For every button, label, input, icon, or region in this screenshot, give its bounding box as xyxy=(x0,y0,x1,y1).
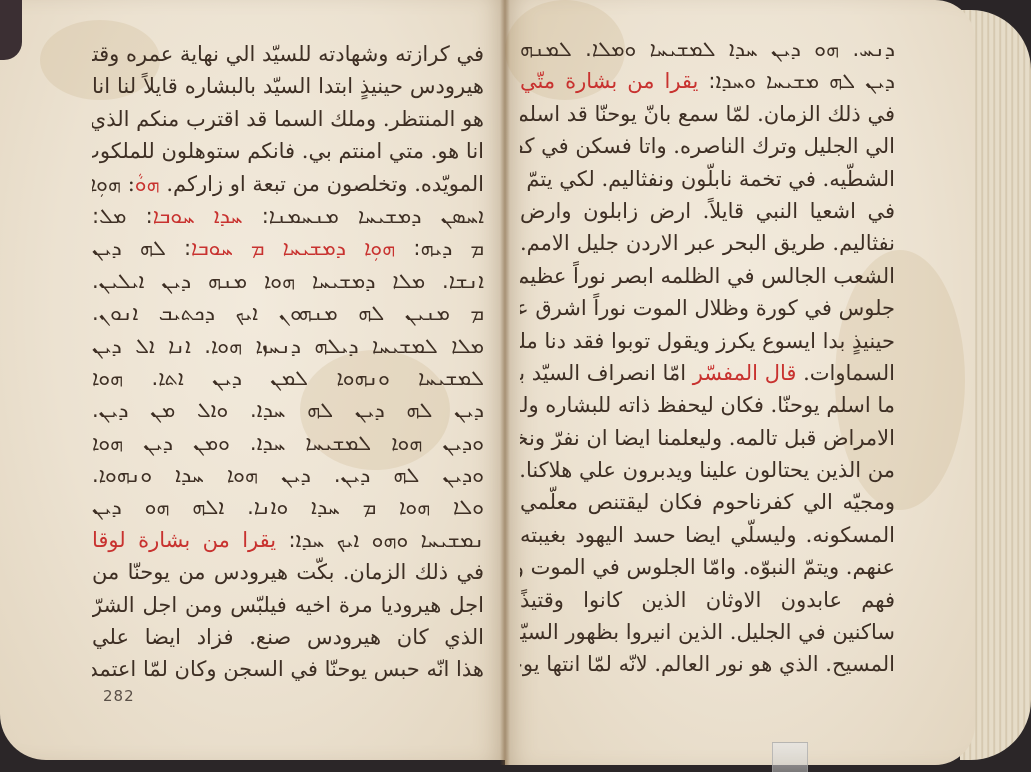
text-line: ܕܢܚ. ܗܘ ܕܝܢ ܚܕܐ ܠܡܫܝܚܐ ܘܡܠܐ. ܠܡܢܗ xyxy=(520,33,895,65)
rubric-segment: ܗܘܼܐ ܕܡܫܝܚܐ ܡ ܚܘܒܐ xyxy=(191,236,395,260)
text-line: ܡ ܡܢܝܢ ܠܗ ܡܢܗܘܢ ܐܝܟ ܕܟܬܝܒ ܐܢܘܢ. xyxy=(92,297,484,329)
text-line: نفثاليم. طريق البحر عبر الاردن جليل الام… xyxy=(520,227,895,259)
right-page-text: ܕܢܚ. ܗܘ ܕܝܢ ܚܕܐ ܠܡܫܝܚܐ ܘܡܠܐ. ܠܡܢܗ ܕܝܢ ܠܗ… xyxy=(520,33,895,681)
binding-corner xyxy=(0,0,22,60)
gutter xyxy=(500,0,510,765)
text-line: ما اسلم يوحنّا. فكان ليحفظ ذاته للبشاره … xyxy=(520,389,895,421)
rubric-segment: ܗܘܵ xyxy=(135,172,160,196)
rubric-heading-line: ܢܡܫܝܚܐ ܘܗܘ ܐܝܟ ܚܕܐ: يقرا من بشارة لوقا xyxy=(92,524,484,556)
text-line: المسيح. الذي هو نور العالم. لانّه لمّا ا… xyxy=(520,648,895,680)
text-line: هو المنتظر. وملك السما قد اقترب منكم الذ… xyxy=(92,103,484,135)
text-line: الذي كان هيرودس صنع. فزاد ايضا علي xyxy=(92,621,484,653)
text-line: ܕܝܢ ܠܗ ܕܝܢ ܠܗ ܚܕܐ. ܘܐܠ ܡܢ ܕܝܢ. xyxy=(92,394,484,426)
text-line: في كرازته وشهادته للسيّد الي نهاية عمره … xyxy=(92,38,484,70)
text-line: ساكنين في الجليل. الذين انيروا بظهور الس… xyxy=(520,616,895,648)
rubric-heading-line: ܕܝܢ ܠܗ ܡܫܝܚܐ ܘܚܕܐ: يقرا من بشارة متّي xyxy=(520,65,895,97)
text-line: ܐܚܣܢ ܕܡܫܝܚܐ ܡܢܚܡܢܐ: ܚܕܐ ܚܘܒܐ: ܡܠ: xyxy=(92,200,484,232)
rubric-heading: يقرا من بشارة لوقا xyxy=(92,528,276,552)
text-line: الشعب الجالس في الظلمه ابصر نوراً عظيماً… xyxy=(520,260,895,292)
text-line: حينيذٍ بدا ايسوع يكرز ويقول توبوا فقد دن… xyxy=(520,325,895,357)
text-line: في اشعيا النبي قايلاً. ارض زابلون وارض xyxy=(520,195,895,227)
text-line: المسكونه. وليسلّي ايضا حسد اليهود بغيبته xyxy=(520,519,895,551)
text-segment: ܢܡܫܝܚܐ ܘܗܘ ܐܝܟ ܚܕܐ: xyxy=(276,528,484,552)
text-line: الي الجليل وترك الناصره. واتا فسكن في كف… xyxy=(520,130,895,162)
text-line: المويّده. وتخلصون من تبعة او زاركم. ܗܘܵ:… xyxy=(92,168,484,200)
text-line: السماوات. قال المفسّر امّا انصراف السيّد… xyxy=(520,357,895,389)
text-line: ܘܕܝܢ ܠܗ ܕܝܢ. ܕܝܢ ܗܘܐ ܚܕܐ ܘܢܗܘܐ. xyxy=(92,459,484,491)
manuscript-spread: في كرازته وشهادته للسيّد الي نهاية عمره … xyxy=(0,0,1031,772)
text-line: ܘܕܝܢ ܗܘܐ ܠܡܫܝܚܐ ܚܕܐ. ܘܡܢ ܕܝܢ ܗܘܐ xyxy=(92,427,484,459)
page-clip xyxy=(772,742,808,772)
text-segment: ܕܝܢ ܠܗ ܡܫܝܚܐ ܘܚܕܐ: xyxy=(698,69,895,93)
text-line: فهم عابدون الاوثان الذين كانوا وقتيذً xyxy=(520,584,895,616)
folio-number: 282 xyxy=(103,687,135,705)
rubric-segment: ܚܕܐ ܚܘܒܐ xyxy=(153,204,243,228)
text-line: الامراض قبل تالمه. وليعلمنا ايضا ان نفرّ… xyxy=(520,422,895,454)
text-line: عنهم. ويتمّ النبوّه. وامّا الجلوس في الم… xyxy=(520,551,895,583)
text-line: هيرودس حينيذٍ ابتدا السيّد بالبشاره قايل… xyxy=(92,70,484,102)
text-line: من الذين يحتالون علينا ويدبرون علي هلاكن… xyxy=(520,454,895,486)
text-line: ܘܠܐ ܗܘܐ ܡ ܚܕܐ ܘܐܢܐ. ܐܠܗ ܗܘ ܕܝܢ xyxy=(92,491,484,523)
text-line: ܡ ܕܝܗ: ܗܘܼܐ ܕܡܫܝܚܐ ܡ ܚܘܒܐ: ܠܗ ܕܝܢ xyxy=(92,232,484,264)
left-page-text: في كرازته وشهادته للسيّد الي نهاية عمره … xyxy=(92,38,484,686)
text-line: الشطّيه. في تخمة نابلّون ونفثاليم. لكي ي… xyxy=(520,163,895,195)
text-line: اجل هيروديا مرة اخيه فيلبّس ومن اجل الشر… xyxy=(92,589,484,621)
text-line: ܠܡܫܝܚܐ ܘܢܗܘܐ ܠܡܢ ܕܝܢ ܐܬܐ. ܗܘܐ xyxy=(92,362,484,394)
text-line: في ذلك الزمان. بكّت هيرودس من يوحنّا من xyxy=(92,556,484,588)
text-line: انا هو. متي امنتم بي. فانكم ستوهلون للمل… xyxy=(92,135,484,167)
text-line: ܡܠܐ ܠܡܫܝܚܐ ܕܝܠܗ ܕܢܚܙܐ ܗܘܐ. ܐܢܐ ܐܠ ܕܝܢ xyxy=(92,330,484,362)
text-line: هذا انّه حبس يوحنّا في السجن وكان لمّا ا… xyxy=(92,653,484,685)
rubric-segment: قال المفسّر xyxy=(693,361,797,385)
rubric-heading: يقرا من بشارة متّي xyxy=(520,69,698,93)
text-line: في ذلك الزمان. لمّا سمع بانّ يوحنّا قد ا… xyxy=(520,98,895,130)
text-line: ܐܢܫܐ. ܡܠܐ ܕܡܫܝܚܐ ܗܘܐ ܡܢܗ ܕܝܢ ܐܝܠܝܢ. xyxy=(92,265,484,297)
text-line: جلوس في كورة وظلال الموت نوراً اشرق عليه… xyxy=(520,292,895,324)
text-line: ومجيّه الي كفرناحوم فكان ليقتنص معلّمي xyxy=(520,486,895,518)
